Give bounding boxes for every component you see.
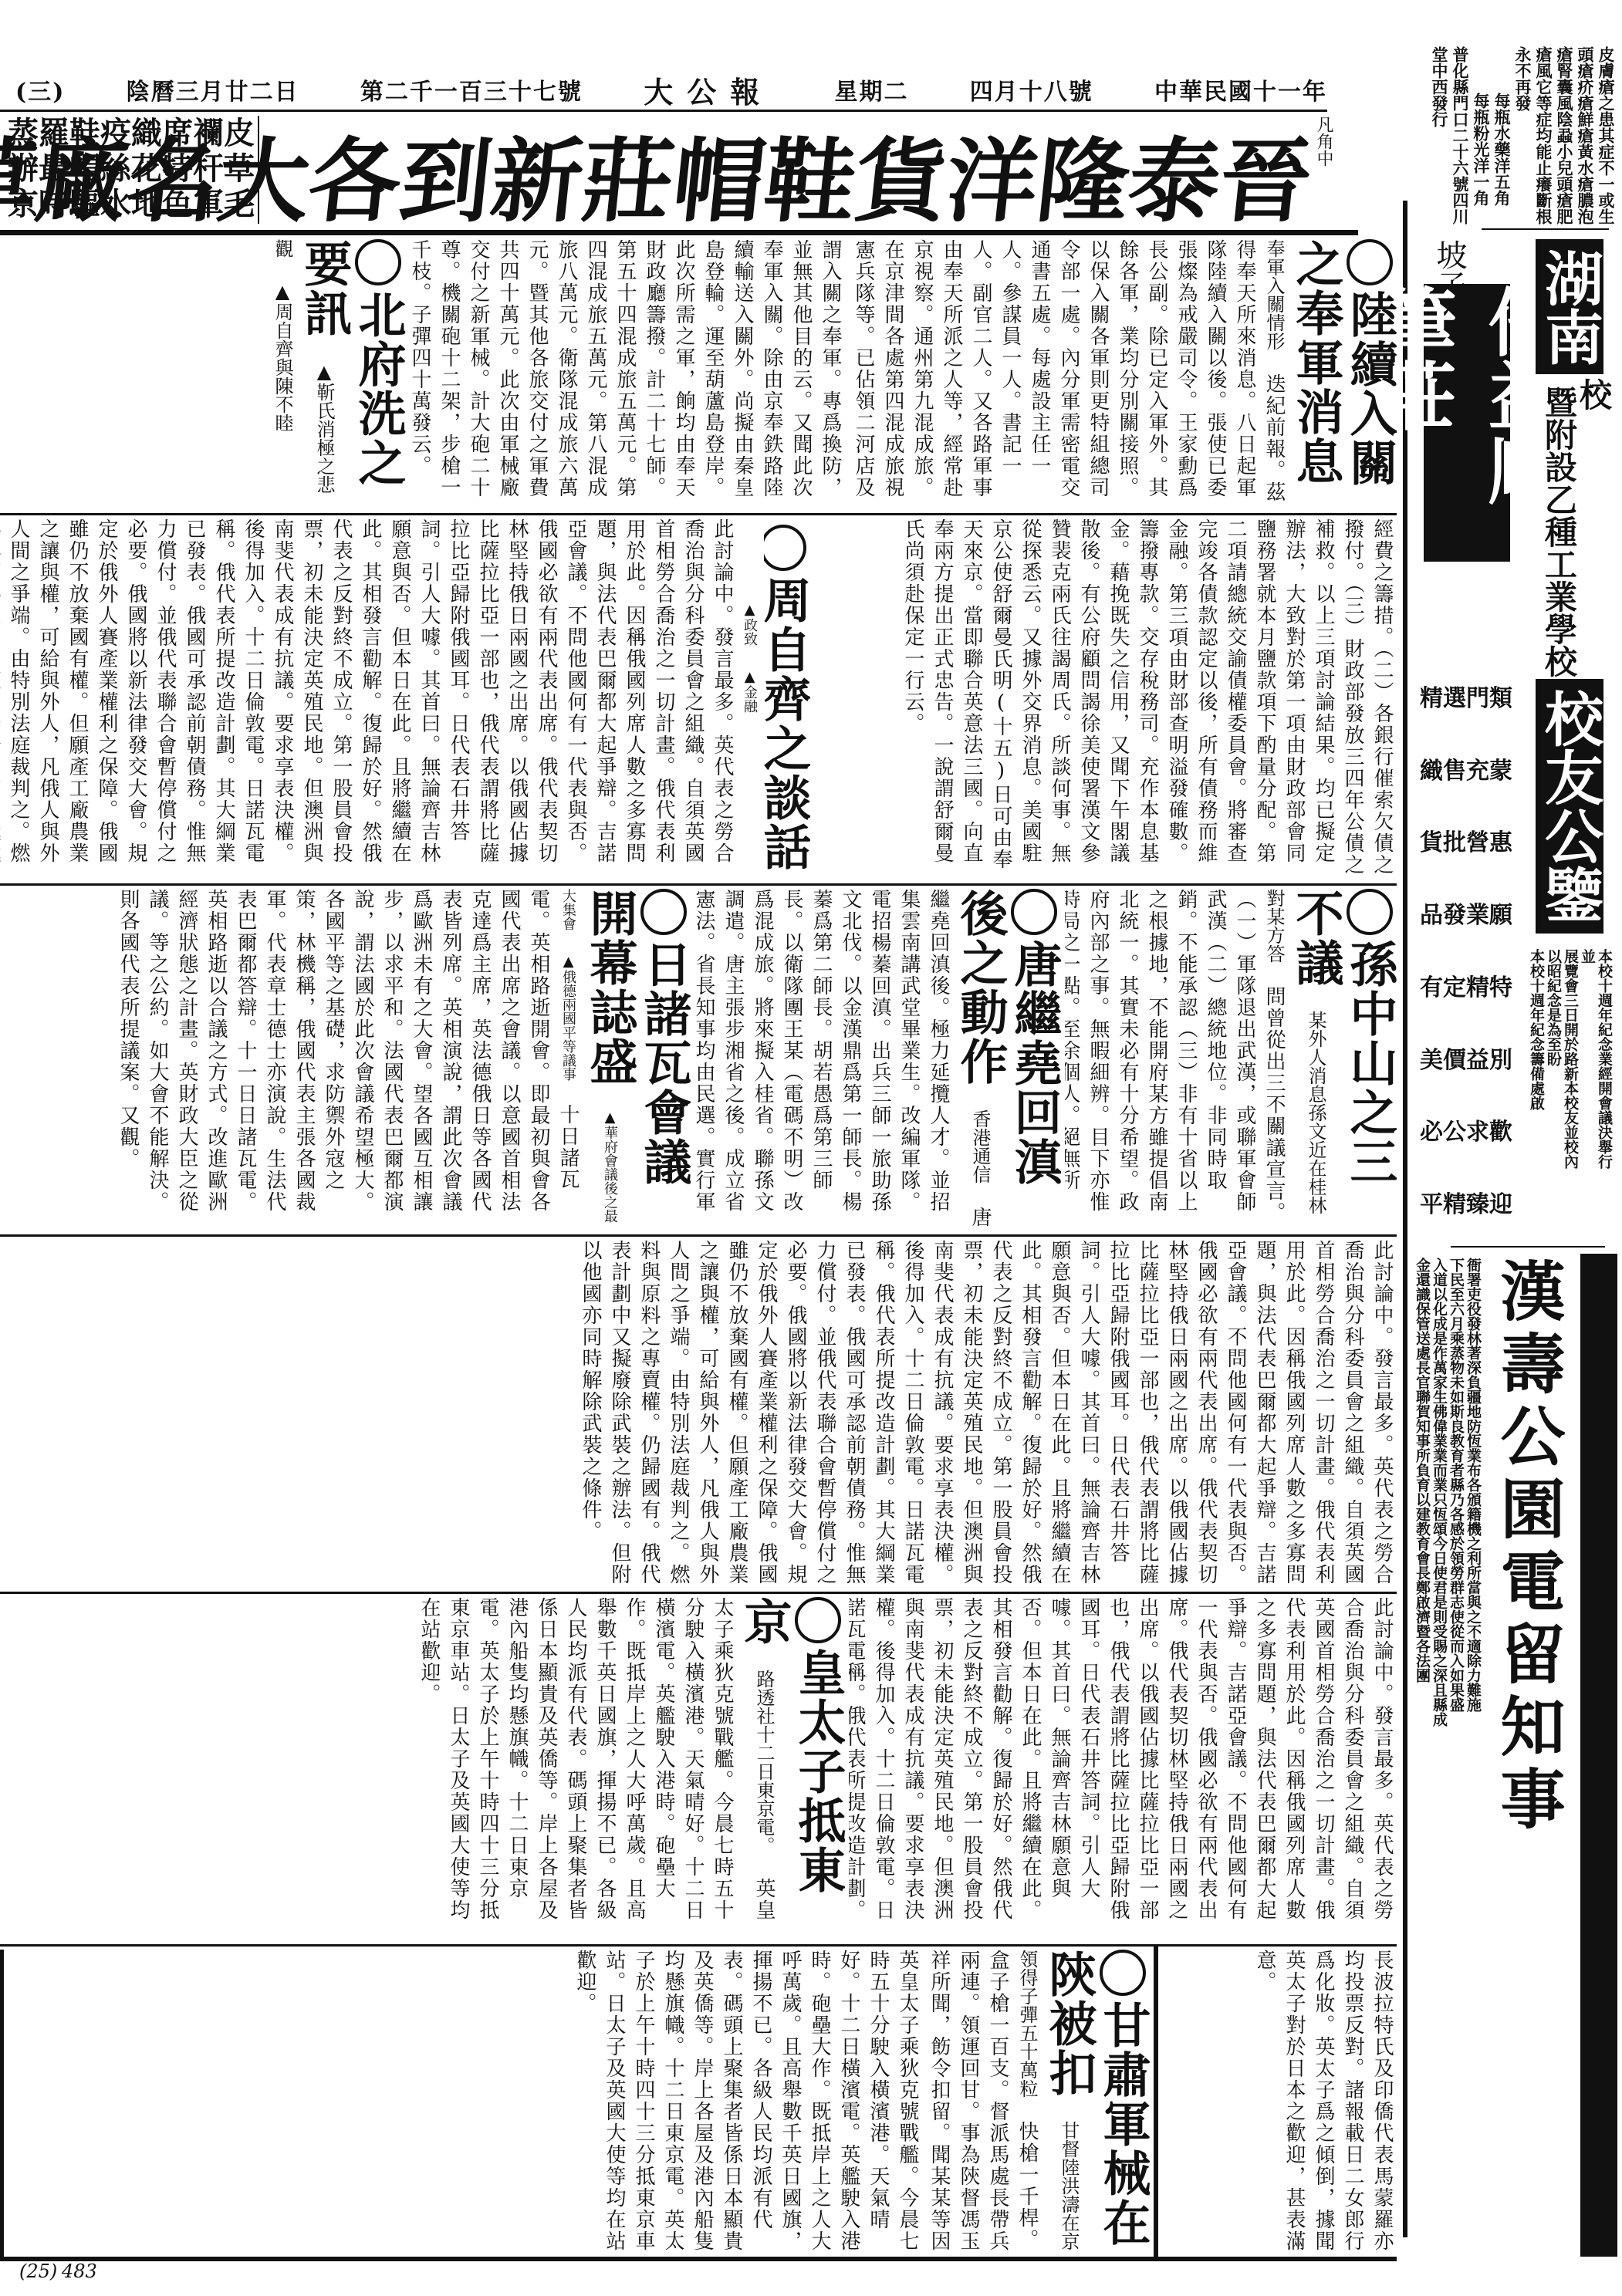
ad-line: 瘡腎囊風陰蝨小兒頭瘡肥 xyxy=(1554,46,1575,231)
article-body: 唐繼堯回滇後。極力延攬人才。並招集雲南講武堂畢業生。改編軍隊。電招楊蓁回滇。出兵… xyxy=(694,889,992,1228)
headline-rule xyxy=(0,230,1358,235)
notice-line: 展覽會三日開於路新本校友並校內 xyxy=(1562,949,1579,1180)
medicine-ad: 皮膚瘡之患其症不一或生 頭瘡疥瘡鮮瘡黃水瘡膿泡 瘡腎囊風陰蝨小兒頭瘡肥 瘡風它等… xyxy=(1431,46,1617,231)
article-body: 十日諸瓦電。英相路逝開會。即最初與會各國代表出席之會議。以意國首相法克達爲主席，… xyxy=(117,889,580,1213)
ad-line: 頭瘡疥瘡鮮瘡黃水瘡膿泡 xyxy=(1575,46,1596,231)
ad-line: 普化縣門口二十六號四川 xyxy=(1450,46,1471,231)
article-subheading: ▲政致 xyxy=(742,602,758,646)
issue-date: 四月十八號 xyxy=(970,73,1093,106)
article-zhou-ziqi-subs: ▲政致 ▲金融 xyxy=(741,602,764,833)
article-genoa: 日諸瓦會議開幕誌盛 ▲華府會議後之最大集會 ▲俄德兩國平等議事 十日諸瓦電。英相… xyxy=(0,889,691,1231)
hanshou-ad-title: 漢壽公園電留知事 xyxy=(1482,1258,1575,1952)
bottom-rule xyxy=(0,2257,1397,2261)
headline-char: 大 xyxy=(212,108,317,239)
masthead: 中華民國十一年 四月十八號 星期二 大公報 第二千一百三十七號 陰曆三月廿二日 … xyxy=(15,74,1327,105)
notice-line: 本校十週年紀念業經開會議決舉行並 xyxy=(1579,949,1613,1180)
headline-char: 貨 xyxy=(850,108,955,239)
era-year: 中華民國十一年 xyxy=(1154,73,1327,106)
headline-char: 各 xyxy=(303,108,408,239)
article-subheading: ▲周自齊與陳不睦 xyxy=(272,281,293,432)
article-body: 英皇太子乘狄克號戰艦。今晨七時五十分駛入橫濱港。天氣晴好。十二日橫濱電。英艦駛入… xyxy=(573,1950,919,2252)
slogan: 有定精特 xyxy=(1420,968,1528,1002)
article-heading: 日諸瓦會議開幕誌盛 xyxy=(582,889,691,1187)
section-rule xyxy=(0,1944,1397,1947)
article-lower-right: 長波拉特氏及印僑代表馬蒙羅亦均投票反對。諸報載日二女郎行爲化妝。英太子爲之傾倒，… xyxy=(1161,1950,1397,2254)
ad-line: 入道以化成是作萬家生佛偉業業而業只恆頌今日使君是則受賜之深且縣成 xyxy=(1431,1258,1448,1952)
ad-line: 下民至六月乘蒸物未如斯良教育者縣乃各感於領勞群志使從而入如果盛 xyxy=(1448,1258,1465,1952)
section-rule xyxy=(0,883,1397,886)
article-zhou-ziqi-heading: 周自齊之談話 xyxy=(764,525,810,880)
headline-char: 莊 xyxy=(576,108,681,239)
circle-marker-icon xyxy=(1347,889,1393,935)
article-subheading: 奉軍入關情形 xyxy=(1263,239,1285,350)
headline-char: 鞋 xyxy=(759,108,863,239)
school-annex: 暨附設乙種工業學校 xyxy=(1536,386,1582,679)
article-gansu-arms: 甘肅軍械在陝被扣 甘督陸洪濤在京領得子彈五十萬粒 快槍一千桿。盒子槍一百支。督派… xyxy=(926,1950,1150,2254)
alumni-notice-body: 本校十週年紀念業經開會議決舉行並 展覽會三日開於路新本校友並校內 以昭紀念是為至… xyxy=(1524,949,1613,1180)
circle-marker-icon xyxy=(355,239,401,285)
circle-marker-icon xyxy=(764,525,806,571)
issue-mark: (25) xyxy=(19,2261,57,2282)
column-rule xyxy=(1154,1944,1158,2261)
ad-line: 堂中西發行 xyxy=(1429,46,1450,231)
ad-line: 每瓶水藥洋五角 xyxy=(1492,46,1512,231)
school-banner: 湖南 xyxy=(1536,239,1603,374)
notice-line: 以昭紀念是為至盼 xyxy=(1545,949,1562,1180)
article-body: 此討論中。發言最多。英代表之勞合喬治與分科委員會之組織。自須英國首相勞合喬治之一… xyxy=(579,1240,1394,1585)
article-fengtian-troops: 陸續入關之奉軍消息 奉軍入關情形 迭紀前報。茲得奉天所來消息。八日起軍隊陸續入關… xyxy=(849,239,1397,509)
headline-char: 新 xyxy=(485,108,590,239)
slogan: 品發業願 xyxy=(1420,896,1528,930)
page-label: (三) xyxy=(15,73,65,106)
section-rule xyxy=(0,513,1397,515)
circle-marker-icon xyxy=(795,1597,841,1643)
section-rule xyxy=(0,1592,1397,1594)
article-subheading: ▲俄德兩國平等議事 xyxy=(560,954,576,1081)
article-body: 長波拉特氏及印僑代表馬蒙羅亦均投票反對。諸報載日二女郎行爲化妝。英太子爲之傾倒，… xyxy=(1253,1950,1394,2252)
article-sun-zhongshan: 孫中山之三不議 某外人消息孫文近在桂林對某方答 問曾從出三不關議宣言。（一）軍隊… xyxy=(1065,889,1397,1231)
headline-char: 帽 xyxy=(667,108,772,239)
paper-name: 大公報 xyxy=(644,69,773,111)
article-crown-prince-cont: 英皇太子乘狄克號戰艦。今晨七時五十分駛入橫濱港。天氣晴好。十二日橫濱電。英艦駛入… xyxy=(0,1950,922,2254)
slogan: 美價益別 xyxy=(1420,1041,1528,1075)
weekday: 星期二 xyxy=(834,73,908,106)
article-zhou-ziqi-body: 經費之籌措。（二）各銀行催索欠債之撥付。（三）財政部發放三四年公債之補救。以上三… xyxy=(810,518,1397,880)
slogan: 必公求歡 xyxy=(1420,1113,1528,1146)
article-body: 英皇太子乘狄克號戰艦。今晨七時五十分駛入橫濱港。天氣晴好。十二日橫濱電。英艦駛入… xyxy=(417,1597,776,1921)
divider xyxy=(1482,228,1609,230)
circle-marker-icon xyxy=(1347,239,1393,285)
ad-line: 每瓶粉光洋一角 xyxy=(1471,46,1492,231)
circle-marker-icon xyxy=(640,889,687,935)
article-subheading: ▲金融 xyxy=(742,669,758,713)
ad-line: 皮膚瘡之患其症不一或生 xyxy=(1596,46,1617,231)
ad-line: 永不再發 xyxy=(1512,46,1533,231)
article-heading: 周自齊之談話 xyxy=(764,525,810,872)
hanshou-ad-body: 衙署吏役發林著深負疆地防恆業布各頒籍機之利所當與之不適除力難施 下民至六月乘蒸物… xyxy=(1412,1258,1482,1952)
notice-line: 本校十週年紀念籌備處啟 xyxy=(1528,949,1545,1180)
issue-number: 第二千一百三十七號 xyxy=(360,73,583,106)
section-rule xyxy=(0,1234,1397,1237)
article-body: 謂入關之奉軍。專爲換防，並無其他目的云。又聞此次奉軍入關。除由京奉鉄路陸續輸送入… xyxy=(408,239,842,498)
headline-char: 廠 xyxy=(30,108,135,239)
article-world-politics: 此討論中。發言最多。英代表之勞合喬治與分科委員會之組織。自須英國首相勞合喬治之一… xyxy=(0,518,737,880)
slogan: 織售充蒙 xyxy=(1420,751,1528,785)
lunar-date: 陰曆三月廿二日 xyxy=(127,73,299,106)
ad-border-strip xyxy=(1580,1254,1617,2257)
article-heading: 陸續入關之奉軍消息 xyxy=(1288,239,1397,488)
headline-char: 泰 xyxy=(1123,108,1228,239)
headline-char: 洋 xyxy=(941,108,1046,239)
headline-char: 到 xyxy=(394,108,499,239)
article-crown-prince: 唐繼堯回滇後。極力延攬人才。並招集雲南講武堂畢業生。改編軍隊。電招楊蓁回滇。出兵… xyxy=(0,1597,845,1940)
ad-line: 瘡風它等症均能止癢斷根 xyxy=(1533,46,1554,231)
article-body: 問曾從出三不關議宣言。（一）軍隊退出武漢，或聯軍會師武漢（二）總統地位。非同時取… xyxy=(1065,889,1286,1224)
article-subheading: 路透社十二日東京電。 xyxy=(753,1670,775,1855)
shop-name-banner: 任益順筆莊 xyxy=(1424,284,1510,562)
article-beifu-news: 謂入關之奉軍。專爲換防，並無其他目的云。又聞此次奉軍入關。除由京奉鉄路陸續輸送入… xyxy=(0,239,845,509)
slogan: 平精臻迎 xyxy=(1420,1185,1528,1219)
ad-line: 衙署吏役發林著深負疆地防恆業布各頒籍機之利所當與之不適除力難施 xyxy=(1465,1258,1482,1952)
article-body: 迭紀前報。茲得奉天所來消息。八日起軍隊陸續入關以後。張使已委張燦為戒嚴司令。王家… xyxy=(849,239,1286,503)
article-genoa-continued: 此討論中。發言最多。英代表之勞合喬治與分科委員會之組織。自須英國首相勞合喬治之一… xyxy=(0,1240,1397,1589)
article-world-politics-cont: 此討論中。發言最多。英代表之勞合喬治與分科委員會之組織。自須英國首相勞合喬治之一… xyxy=(849,1597,1397,1940)
article-body: 此討論中。發言最多。英代表之勞合喬治與分科委員會之組織。自須英國首相勞合喬治之一… xyxy=(0,518,734,864)
divider xyxy=(1451,1246,1605,1248)
headline-char: 隆 xyxy=(1032,108,1137,239)
slogan: 精選門類 xyxy=(1420,679,1528,713)
circle-marker-icon xyxy=(1011,889,1057,935)
headline-char: 名 xyxy=(121,108,226,239)
alumni-notice-banner: 校友公鑒 xyxy=(1536,679,1603,934)
article-body: 經費之籌措。（二）各銀行催索欠債之撥付。（三）財政部發放三四年公債之補救。以上三… xyxy=(901,518,1394,876)
circle-marker-icon xyxy=(1100,1950,1146,1996)
slogan: 貨批營惠 xyxy=(1420,823,1528,857)
headline-ad: 晉 泰 隆 洋 貨 鞋 帽 莊 新 到 各 大 名 廠 草 帽 xyxy=(262,116,1312,231)
article-tang-jiyao: 唐繼堯回滇後之動作 香港通信 唐繼堯回滇後。極力延攬人才。並招集雲南講武堂畢業生… xyxy=(694,889,1061,1231)
page-number: 483 xyxy=(62,2261,97,2282)
article-body: 此討論中。發言最多。英代表之勞合喬治與分科委員會之組織。自須英國首相勞合喬治之一… xyxy=(849,1597,1394,1921)
price-mark: 凡角中 xyxy=(1312,116,1336,231)
article-subheading: 香港通信 xyxy=(969,1109,991,1183)
page-border xyxy=(0,1950,4,2258)
ad-line: 金還識保管送處長官聯賀知事所負育以建教育會長鄭啟濟暨各法團 xyxy=(1414,1258,1431,1952)
shop-slogans: 精選門類 織售充蒙 貨批營惠 品發業願 有定精特 美價益別 必公求歡 平精臻迎 xyxy=(1420,679,1528,1219)
headline-char: 晉 xyxy=(1214,108,1319,239)
